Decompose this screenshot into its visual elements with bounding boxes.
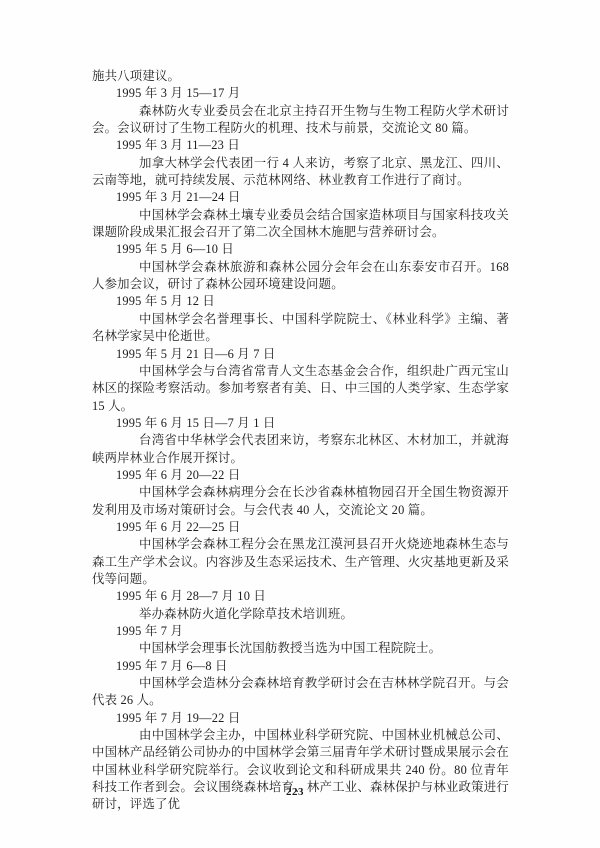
- paragraph-date: 1995 年 7 月: [92, 623, 509, 640]
- paragraph-date: 1995 年 6 月 15 日—7 月 1 日: [92, 415, 509, 432]
- document-page: 施共八项建议。1995 年 3 月 15—17 月森林防火专业委员会在北京主持召…: [0, 0, 600, 848]
- paragraph-body: 举办森林防火道化学除草技术培训班。: [92, 606, 509, 623]
- paragraph-body: 中国林学会森林土壤专业委员会结合国家造林项目与国家科技攻关课题阶段成果汇报会召开…: [92, 207, 509, 242]
- paragraph-body: 中国林学会森林工程分会在黑龙江漠河县召开火烧迹地森林生态与森工生产学术会议。内容…: [92, 536, 509, 588]
- paragraph-date: 1995 年 3 月 15—17 月: [92, 85, 509, 102]
- paragraph-date: 1995 年 5 月 21 日—6 月 7 日: [92, 346, 509, 363]
- paragraph-date: 1995 年 5 月 6—10 日: [92, 241, 509, 258]
- paragraph-body: 中国林学会森林旅游和森林公园分会年会在山东泰安市召开。168 人参加会议，研讨了…: [92, 259, 509, 294]
- paragraph-body: 中国林学会森林病理分会在长沙省森林植物园召开全国生物资源开发利用及市场对策研讨会…: [92, 484, 509, 519]
- paragraph-date: 1995 年 5 月 12 日: [92, 293, 509, 310]
- paragraph-date: 1995 年 6 月 22—25 日: [92, 519, 509, 536]
- paragraph-body: 由中国林学会主办，中国林业科学研究院、中国林业机械总公司、中国林产品经销公司协办…: [92, 727, 509, 814]
- paragraph-date: 1995 年 3 月 21—24 日: [92, 189, 509, 206]
- paragraph-body: 台湾省中华林学会代表团来访，考察东北林区、木材加工，并就海峡两岸林业合作展开探讨…: [92, 432, 509, 467]
- paragraph-body: 加拿大林学会代表团一行 4 人来访，考察了北京、黑龙江、四川、云南等地，就可持续…: [92, 155, 509, 190]
- page-text: 施共八项建议。1995 年 3 月 15—17 月森林防火专业委员会在北京主持召…: [92, 68, 509, 814]
- paragraph-body: 中国林学会造林分会森林培育教学研讨会在吉林林学院召开。与会代表 26 人。: [92, 675, 509, 710]
- page-number: 223: [0, 786, 590, 798]
- paragraph-date: 1995 年 7 月 6—8 日: [92, 658, 509, 675]
- paragraph-body: 中国林学会名誉理事长、中国科学院院士、《林业科学》主编、著名林学家吴中伦逝世。: [92, 311, 509, 346]
- paragraph-body: 中国林学会理事长沈国舫教授当选为中国工程院院士。: [92, 640, 509, 657]
- paragraph-body: 森林防火专业委员会在北京主持召开生物与生物工程防火学术研讨会。会议研讨了生物工程…: [92, 103, 509, 138]
- paragraph-date: 1995 年 3 月 11—23 日: [92, 137, 509, 154]
- paragraph-date: 1995 年 6 月 28—7 月 10 日: [92, 588, 509, 605]
- paragraph-date: 1995 年 6 月 20—22 日: [92, 467, 509, 484]
- paragraph-body: 中国林学会与台湾省常青人文生态基金会合作，组织赴广西元宝山林区的探险考察活动。参…: [92, 363, 509, 415]
- paragraph-continuation: 施共八项建议。: [92, 68, 509, 85]
- paragraph-date: 1995 年 7 月 19—22 日: [92, 710, 509, 727]
